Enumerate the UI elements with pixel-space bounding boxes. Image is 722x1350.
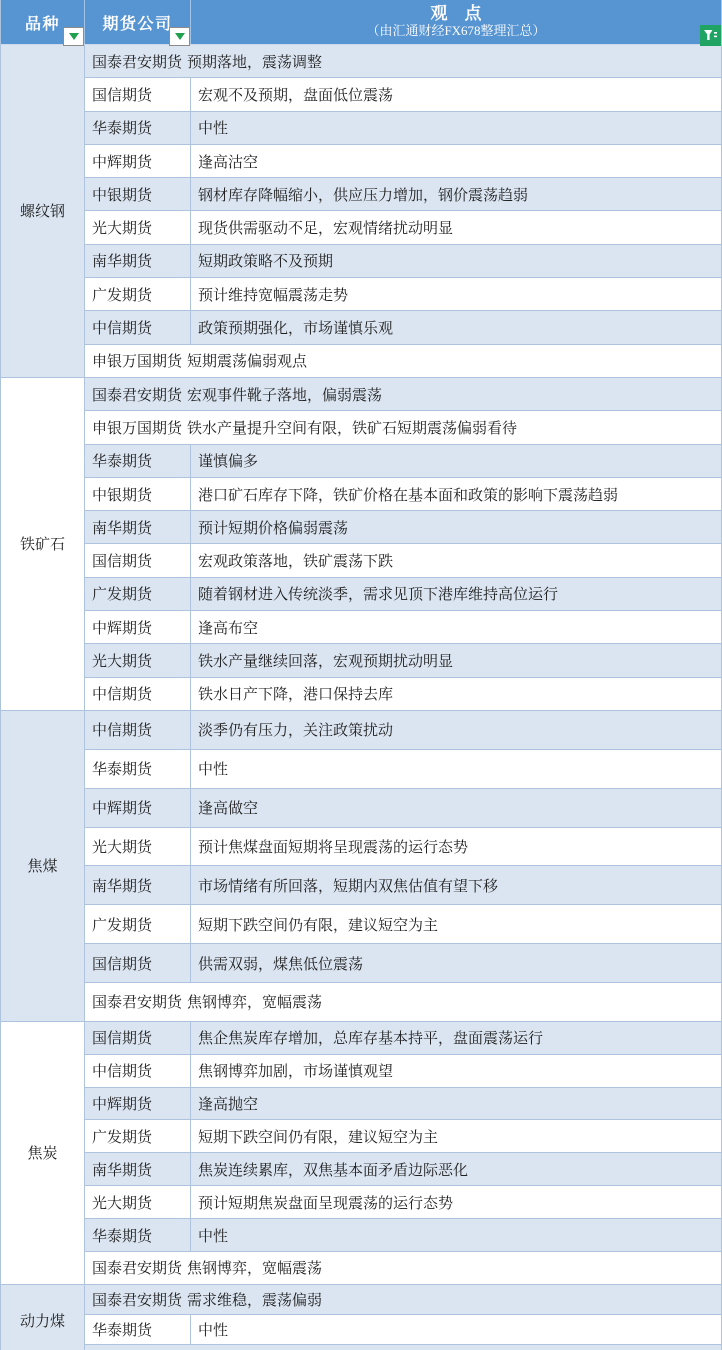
- viewpoint-cell[interactable]: 预计短期焦炭盘面呈现震荡的运行态势: [191, 1186, 721, 1218]
- section-rows: 国泰君安期货宏观事件靴子落地，偏弱震荡申银万国期货铁水产量提升空间有限，铁矿石短…: [85, 378, 721, 711]
- table-row-partial: [85, 1345, 721, 1350]
- commodity-section: 动力煤国泰君安期货需求维稳，震荡偏弱华泰期货中性: [1, 1285, 721, 1350]
- table-row: 申银万国期货短期震荡偏弱观点: [85, 345, 721, 378]
- company-cell[interactable]: 国泰君安期货: [85, 45, 187, 77]
- viewpoint-cell[interactable]: 铁水日产下降，港口保持去库: [191, 678, 721, 710]
- table-row: 国泰君安期货焦钢博弈，宽幅震荡: [85, 1252, 721, 1285]
- section-rows: 中信期货淡季仍有压力，关注政策扰动华泰期货中性中辉期货逢高做空光大期货预计焦煤盘…: [85, 711, 721, 1022]
- company-cell[interactable]: 广发期货: [85, 1120, 191, 1152]
- table-row: 南华期货预计短期价格偏弱震荡: [85, 511, 721, 544]
- viewpoint-cell[interactable]: 短期下跌空间仍有限，建议短空为主: [191, 905, 721, 943]
- viewpoint-cell[interactable]: 预期落地，震荡调整: [187, 45, 721, 77]
- table-row: 华泰期货中性: [85, 1219, 721, 1252]
- table-row: 中信期货淡季仍有压力，关注政策扰动: [85, 711, 721, 750]
- viewpoint-cell[interactable]: 短期政策略不及预期: [191, 245, 721, 277]
- viewpoint-cell[interactable]: 逢高做空: [191, 789, 721, 827]
- table-row: 华泰期货中性: [85, 1315, 721, 1345]
- company-cell[interactable]: 申银万国期货: [85, 411, 187, 443]
- table-row: 光大期货铁水产量继续回落，宏观预期扰动明显: [85, 644, 721, 677]
- table-row: 华泰期货中性: [85, 750, 721, 789]
- company-cell[interactable]: 国信期货: [85, 544, 191, 576]
- table-row: 光大期货预计短期焦炭盘面呈现震荡的运行态势: [85, 1186, 721, 1219]
- header-cell-viewpoint[interactable]: 观 点 （由汇通财经FX678整理汇总）: [191, 0, 721, 44]
- table-row: 中信期货政策预期强化，市场谨慎乐观: [85, 311, 721, 344]
- company-cell[interactable]: 国泰君安期货: [85, 1252, 187, 1284]
- viewpoint-title: 观 点: [431, 5, 482, 24]
- company-cell[interactable]: 中辉期货: [85, 1088, 191, 1120]
- company-cell[interactable]: 南华期货: [85, 245, 191, 277]
- filter-funnel-button[interactable]: [700, 25, 721, 46]
- table-row: 华泰期货中性: [85, 112, 721, 145]
- table-row: 中辉期货逢高沽空: [85, 145, 721, 178]
- variety-cell[interactable]: 焦煤: [1, 711, 85, 1022]
- viewpoint-subtitle: （由汇通财经FX678整理汇总）: [366, 24, 545, 39]
- company-cell[interactable]: 中信期货: [85, 311, 191, 343]
- company-cell[interactable]: 国信期货: [85, 78, 191, 110]
- company-cell[interactable]: 南华期货: [85, 511, 191, 543]
- company-cell[interactable]: 南华期货: [85, 866, 191, 904]
- viewpoint-cell[interactable]: 短期下跌空间仍有限，建议短空为主: [191, 1120, 721, 1152]
- company-cell[interactable]: 中银期货: [85, 178, 191, 210]
- commodity-section: 焦炭国信期货焦企焦炭库存增加，总库存基本持平，盘面震荡运行中信期货焦钢博弈加剧，…: [1, 1022, 721, 1285]
- company-cell[interactable]: 中辉期货: [85, 789, 191, 827]
- variety-filter-dropdown-button[interactable]: [63, 27, 84, 46]
- viewpoint-cell[interactable]: 焦钢博弈，宽幅震荡: [187, 983, 721, 1021]
- table-row: 国泰君安期货预期落地，震荡调整: [85, 45, 721, 78]
- company-cell[interactable]: 广发期货: [85, 905, 191, 943]
- header-cell-company[interactable]: 期货公司: [85, 0, 191, 44]
- viewpoint-cell[interactable]: 随着钢材进入传统淡季，需求见顶下港库维持高位运行: [191, 578, 721, 610]
- company-cell[interactable]: 中信期货: [85, 678, 191, 710]
- company-cell[interactable]: 国信期货: [85, 944, 191, 982]
- viewpoint-cell[interactable]: 现货供需驱动不足，宏观情绪扰动明显: [191, 211, 721, 243]
- viewpoint-cell[interactable]: 中性: [191, 1315, 721, 1344]
- viewpoint-cell[interactable]: 焦企焦炭库存增加，总库存基本持平，盘面震荡运行: [191, 1022, 721, 1054]
- table-body: 螺纹钢国泰君安期货预期落地，震荡调整国信期货宏观不及预期，盘面低位震荡华泰期货中…: [1, 45, 721, 1350]
- company-cell[interactable]: 国泰君安期货: [85, 1285, 187, 1314]
- viewpoint-cell[interactable]: 宏观政策落地，铁矿震荡下跌: [191, 544, 721, 576]
- section-rows: 国泰君安期货预期落地，震荡调整国信期货宏观不及预期，盘面低位震荡华泰期货中性中辉…: [85, 45, 721, 378]
- table-row: 国信期货宏观政策落地，铁矿震荡下跌: [85, 544, 721, 577]
- company-cell[interactable]: 国泰君安期货: [85, 378, 187, 410]
- commodity-section: 焦煤中信期货淡季仍有压力，关注政策扰动华泰期货中性中辉期货逢高做空光大期货预计焦…: [1, 711, 721, 1022]
- viewpoint-cell[interactable]: 宏观不及预期，盘面低位震荡: [191, 78, 721, 110]
- table-row: 国泰君安期货需求维稳，震荡偏弱: [85, 1285, 721, 1315]
- company-cell[interactable]: 国泰君安期货: [85, 983, 187, 1021]
- table-row: 广发期货预计维持宽幅震荡走势: [85, 278, 721, 311]
- commodity-section: 铁矿石国泰君安期货宏观事件靴子落地，偏弱震荡申银万国期货铁水产量提升空间有限，铁…: [1, 378, 721, 711]
- company-cell[interactable]: 中辉期货: [85, 145, 191, 177]
- viewpoint-cell[interactable]: 预计维持宽幅震荡走势: [191, 278, 721, 310]
- table-header: 品种 期货公司 观 点 （由汇通财经FX678整理汇总）: [1, 0, 721, 45]
- viewpoint-cell[interactable]: 铁水产量提升空间有限，铁矿石短期震荡偏弱看待: [187, 411, 721, 443]
- viewpoint-cell[interactable]: 中性: [191, 1219, 721, 1251]
- company-cell[interactable]: 光大期货: [85, 211, 191, 243]
- company-cell[interactable]: 华泰期货: [85, 445, 191, 477]
- company-cell[interactable]: 华泰期货: [85, 1219, 191, 1251]
- table-row: 南华期货市场情绪有所回落，短期内双焦估值有望下移: [85, 866, 721, 905]
- viewpoint-cell[interactable]: 宏观事件靴子落地，偏弱震荡: [187, 378, 721, 410]
- company-filter-dropdown-button[interactable]: [169, 27, 190, 46]
- viewpoint-cell[interactable]: 供需双弱，煤焦低位震荡: [191, 944, 721, 982]
- commodity-section: 螺纹钢国泰君安期货预期落地，震荡调整国信期货宏观不及预期，盘面低位震荡华泰期货中…: [1, 45, 721, 378]
- table-row: 国泰君安期货宏观事件靴子落地，偏弱震荡: [85, 378, 721, 411]
- section-rows: 国信期货焦企焦炭库存增加，总库存基本持平，盘面震荡运行中信期货焦钢博弈加剧，市场…: [85, 1022, 721, 1285]
- viewpoint-cell[interactable]: 逢高布空: [191, 611, 721, 643]
- table-row: 国信期货焦企焦炭库存增加，总库存基本持平，盘面震荡运行: [85, 1022, 721, 1055]
- viewpoint-cell[interactable]: 钢材库存降幅缩小，供应压力增加，钢价震荡趋弱: [191, 178, 721, 210]
- company-cell[interactable]: 申银万国期货: [85, 345, 187, 377]
- viewpoint-cell[interactable]: 谨慎偏多: [191, 445, 721, 477]
- table-row: 光大期货现货供需驱动不足，宏观情绪扰动明显: [85, 211, 721, 244]
- header-variety-label: 品种: [25, 11, 60, 34]
- table-row: 广发期货随着钢材进入传统淡季，需求见顶下港库维持高位运行: [85, 578, 721, 611]
- company-cell[interactable]: 华泰期货: [85, 750, 191, 788]
- table-row: 光大期货预计焦煤盘面短期将呈现震荡的运行态势: [85, 828, 721, 867]
- company-cell[interactable]: 光大期货: [85, 828, 191, 866]
- company-cell[interactable]: 华泰期货: [85, 112, 191, 144]
- header-company-label: 期货公司: [102, 11, 172, 34]
- viewpoint-cell[interactable]: 中性: [191, 750, 721, 788]
- table-row: 中辉期货逢高做空: [85, 789, 721, 828]
- variety-cell[interactable]: 螺纹钢: [1, 45, 85, 378]
- company-cell[interactable]: 中信期货: [85, 1055, 191, 1087]
- funnel-icon: [703, 28, 718, 43]
- header-cell-variety[interactable]: 品种: [1, 0, 85, 44]
- table-row: 中银期货港口矿石库存下降，铁矿价格在基本面和政策的影响下震荡趋弱: [85, 478, 721, 511]
- table-row: 南华期货焦炭连续累库，双焦基本面矛盾边际恶化: [85, 1153, 721, 1186]
- company-cell[interactable]: 光大期货: [85, 1186, 191, 1218]
- viewpoint-cell[interactable]: 淡季仍有压力，关注政策扰动: [191, 711, 721, 749]
- company-cell[interactable]: 国信期货: [85, 1022, 191, 1054]
- variety-cell[interactable]: 动力煤: [1, 1285, 85, 1350]
- viewpoint-cell[interactable]: 焦炭连续累库，双焦基本面矛盾边际恶化: [191, 1153, 721, 1185]
- table-row: 国信期货供需双弱，煤焦低位震荡: [85, 944, 721, 983]
- company-cell[interactable]: 中信期货: [85, 711, 191, 749]
- viewpoint-cell[interactable]: 港口矿石库存下降，铁矿价格在基本面和政策的影响下震荡趋弱: [191, 478, 721, 510]
- table-row: 南华期货短期政策略不及预期: [85, 245, 721, 278]
- company-cell[interactable]: 广发期货: [85, 578, 191, 610]
- table-row: 广发期货短期下跌空间仍有限，建议短空为主: [85, 905, 721, 944]
- viewpoint-cell[interactable]: 逢高沽空: [191, 145, 721, 177]
- company-cell[interactable]: 中银期货: [85, 478, 191, 510]
- company-cell[interactable]: 华泰期货: [85, 1315, 191, 1344]
- table-row: 华泰期货谨慎偏多: [85, 445, 721, 478]
- viewpoint-cell[interactable]: 焦钢博弈加剧，市场谨慎观望: [191, 1055, 721, 1087]
- viewpoint-cell[interactable]: 政策预期强化，市场谨慎乐观: [191, 311, 721, 343]
- viewpoint-cell[interactable]: 预计短期价格偏弱震荡: [191, 511, 721, 543]
- company-cell[interactable]: 南华期货: [85, 1153, 191, 1185]
- viewpoint-cell[interactable]: 需求维稳，震荡偏弱: [187, 1285, 721, 1314]
- futures-opinion-table: 品种 期货公司 观 点 （由汇通财经FX678整理汇总） 螺纹钢国泰君安期货预期: [0, 0, 722, 1350]
- company-cell[interactable]: 中辉期货: [85, 611, 191, 643]
- viewpoint-cell[interactable]: 焦钢博弈，宽幅震荡: [187, 1252, 721, 1284]
- viewpoint-cell[interactable]: 短期震荡偏弱观点: [187, 345, 721, 377]
- viewpoint-cell[interactable]: 铁水产量继续回落，宏观预期扰动明显: [191, 644, 721, 676]
- table-row: 中辉期货逢高布空: [85, 611, 721, 644]
- company-cell[interactable]: 广发期货: [85, 278, 191, 310]
- table-row: 中银期货钢材库存降幅缩小，供应压力增加，钢价震荡趋弱: [85, 178, 721, 211]
- variety-cell[interactable]: 焦炭: [1, 1022, 85, 1285]
- table-row: 广发期货短期下跌空间仍有限，建议短空为主: [85, 1120, 721, 1153]
- viewpoint-cell[interactable]: 逢高抛空: [191, 1088, 721, 1120]
- viewpoint-cell[interactable]: 中性: [191, 112, 721, 144]
- viewpoint-cell[interactable]: 预计焦煤盘面短期将呈现震荡的运行态势: [191, 828, 721, 866]
- company-cell[interactable]: 光大期货: [85, 644, 191, 676]
- table-row: 中信期货铁水日产下降，港口保持去库: [85, 678, 721, 711]
- table-row: 中辉期货逢高抛空: [85, 1088, 721, 1121]
- table-row: 国泰君安期货焦钢博弈，宽幅震荡: [85, 983, 721, 1022]
- table-row: 中信期货焦钢博弈加剧，市场谨慎观望: [85, 1055, 721, 1088]
- dropdown-arrow-icon: [175, 33, 185, 40]
- dropdown-arrow-icon: [69, 33, 79, 40]
- viewpoint-cell[interactable]: 市场情绪有所回落，短期内双焦估值有望下移: [191, 866, 721, 904]
- section-rows: 国泰君安期货需求维稳，震荡偏弱华泰期货中性: [85, 1285, 721, 1350]
- variety-cell[interactable]: 铁矿石: [1, 378, 85, 711]
- table-row: 申银万国期货铁水产量提升空间有限，铁矿石短期震荡偏弱看待: [85, 411, 721, 444]
- table-row: 国信期货宏观不及预期，盘面低位震荡: [85, 78, 721, 111]
